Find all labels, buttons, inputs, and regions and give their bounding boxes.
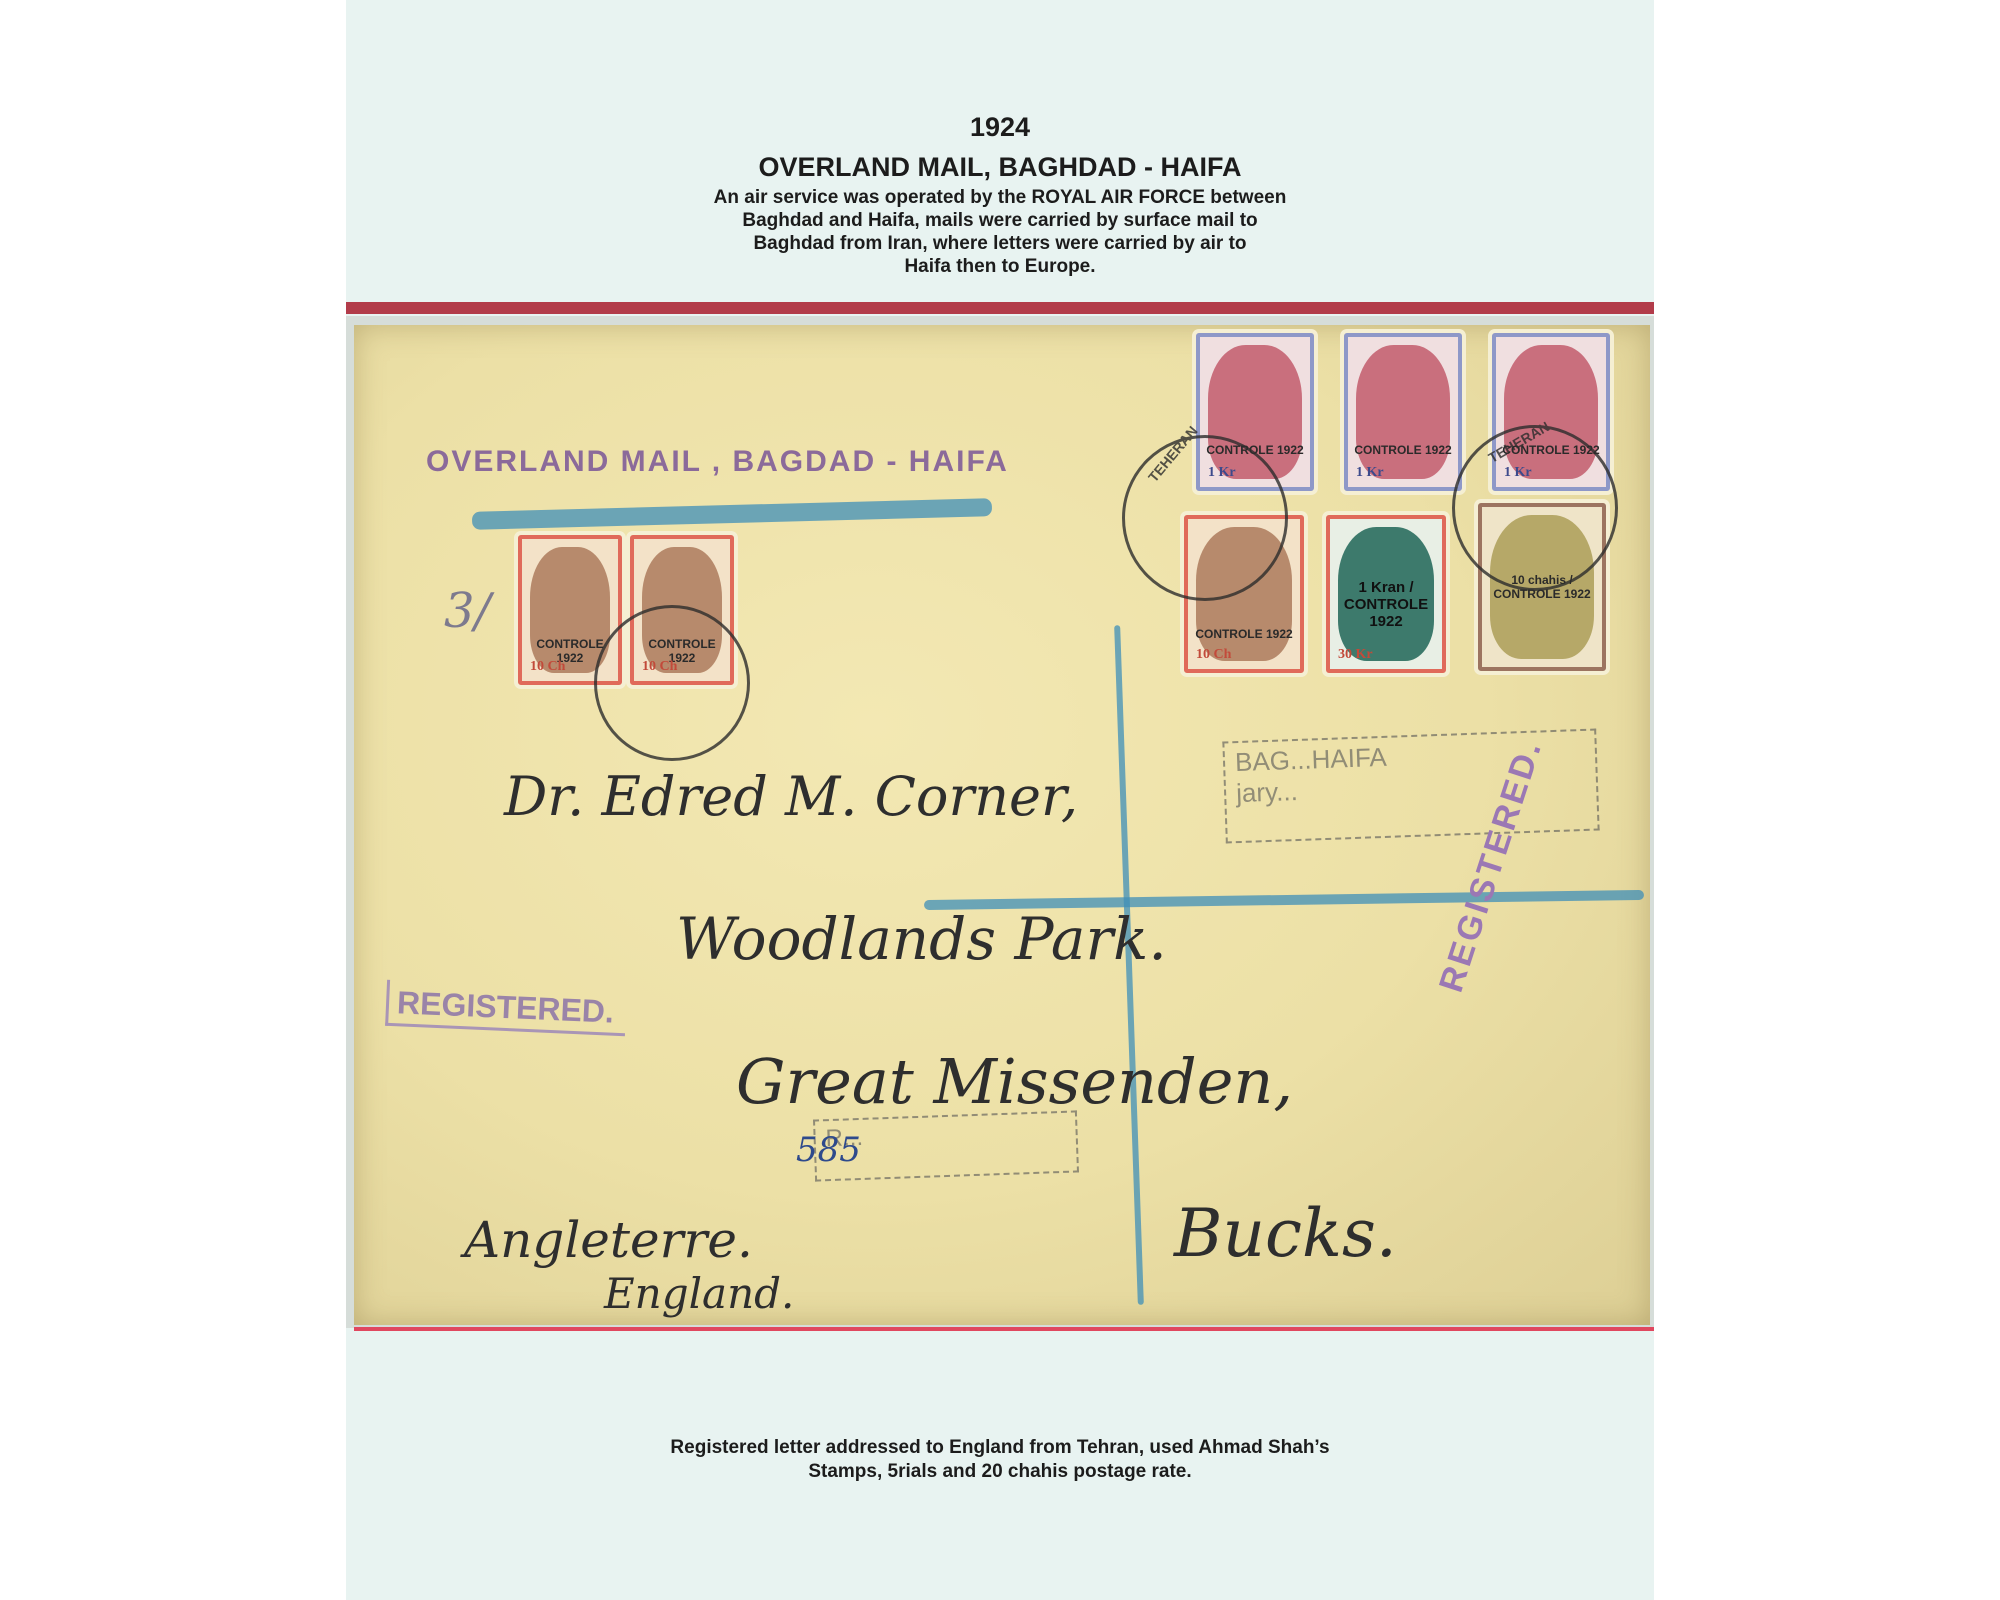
- address-line-2: Great Missenden,: [736, 1045, 1293, 1118]
- page-description: An air service was operated by the ROYAL…: [346, 186, 1654, 278]
- envelope-cover: OVERLAND MAIL , BAGDAD - HAIFA 3/ CONTRO…: [354, 325, 1650, 1325]
- postmark-tehran: TEHERAN: [1452, 425, 1618, 591]
- addressee-name: Dr. Edred M. Corner,: [504, 765, 1078, 828]
- overland-mail-cachet: OVERLAND MAIL , BAGDAD - HAIFA: [426, 445, 1009, 479]
- album-page: 1924 OVERLAND MAIL, BAGHDAD - HAIFA An a…: [346, 0, 1654, 1600]
- address-line-1: Woodlands Park.: [676, 905, 1167, 973]
- stamp: CONTROLE 1922 1 Kr: [1344, 333, 1462, 491]
- registration-number: 585: [796, 1130, 861, 1170]
- page-year: 1924: [346, 112, 1654, 143]
- mount-border-bottom: [354, 1327, 1654, 1331]
- postmark-left: [594, 605, 750, 761]
- destination-country-en: England.: [604, 1269, 794, 1318]
- blue-crayon-line-top: [472, 498, 992, 530]
- postmark-tehran: TEHERAN: [1122, 435, 1288, 601]
- address-line-3: Bucks.: [1174, 1195, 1397, 1272]
- stamp: 1 Kran / CONTROLE 1922 30 Kr: [1326, 515, 1446, 673]
- registered-cachet: REGISTERED.: [385, 980, 627, 1036]
- destination-country-fr: Angleterre.: [464, 1211, 753, 1269]
- mount-border-top: [346, 302, 1654, 314]
- page-title: OVERLAND MAIL, BAGHDAD - HAIFA: [346, 152, 1654, 183]
- page-caption: Registered letter addressed to England f…: [346, 1436, 1654, 1484]
- manuscript-number: 3/: [444, 583, 491, 639]
